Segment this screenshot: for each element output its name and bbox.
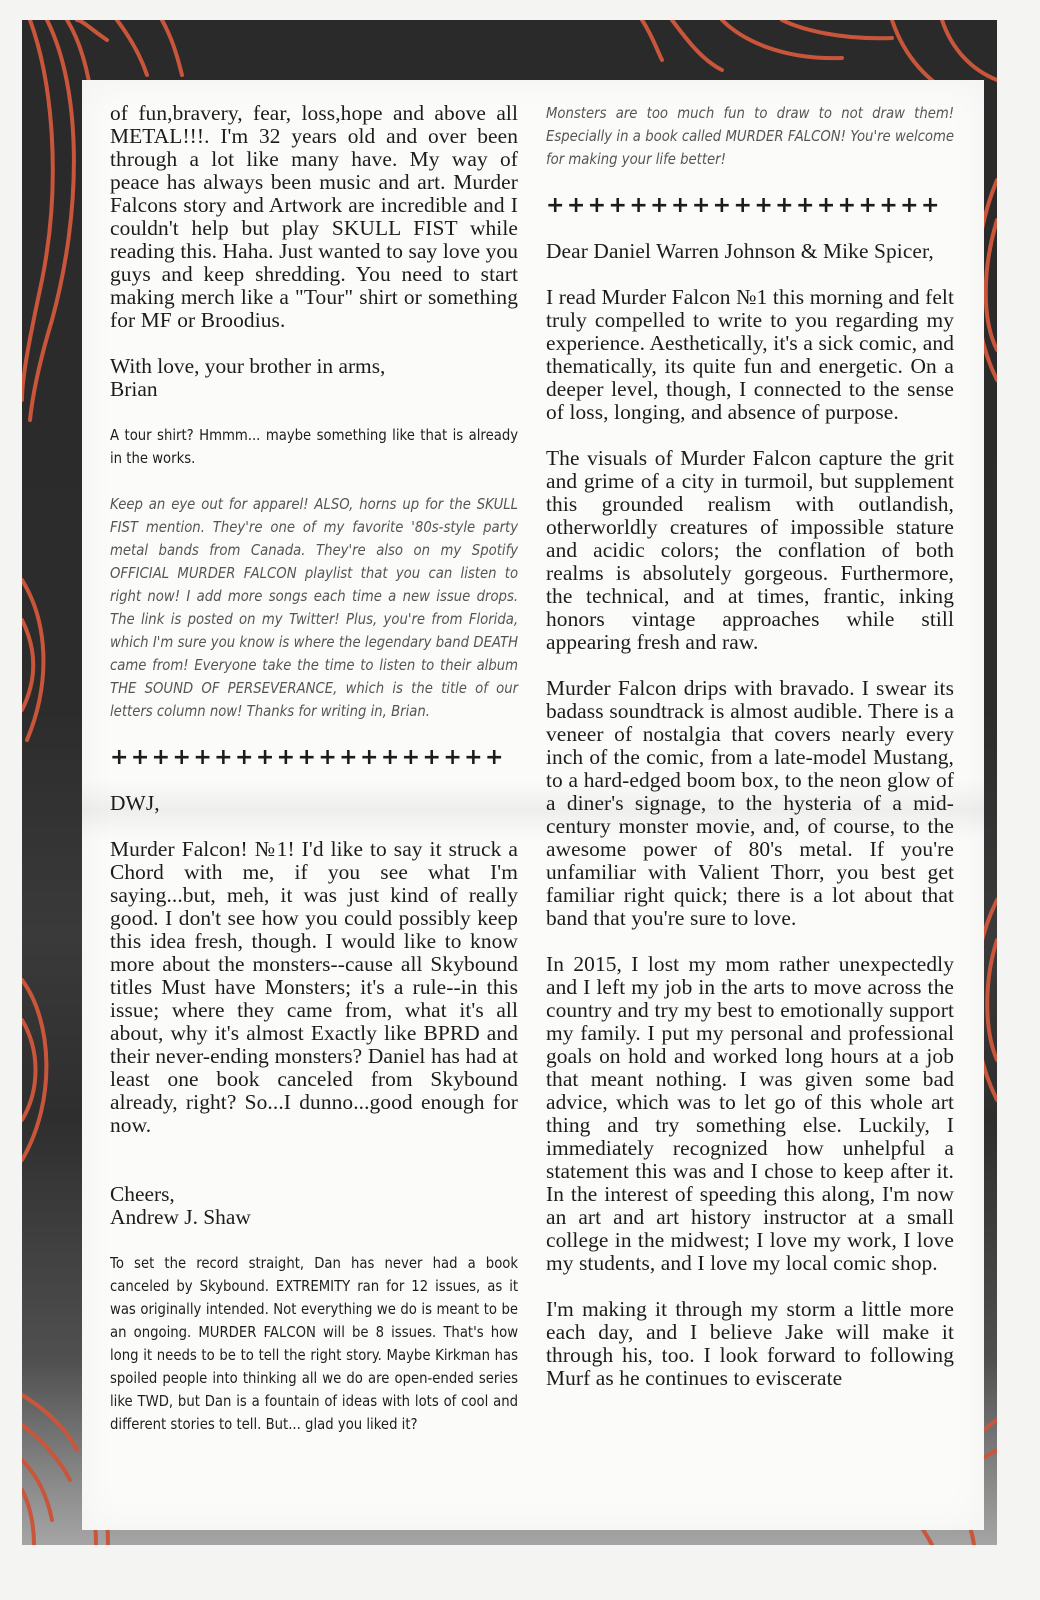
letter-1-signoff: With love, your brother in arms,	[110, 355, 518, 378]
letter-2-salutation: DWJ,	[110, 792, 518, 815]
right-column: Monsters are too much fun to draw to not…	[546, 102, 954, 1390]
letters-page: of fun,bravery, fear, loss,hope and abov…	[82, 80, 984, 1530]
editor-reply-2: To set the record straight, Dan has neve…	[110, 1252, 518, 1436]
section-divider: +++++++++++++++++++	[546, 194, 954, 217]
letter-1-body: of fun,bravery, fear, loss,hope and abov…	[110, 102, 518, 332]
editor-reply-1-italic: Keep an eye out for apparel! ALSO, horns…	[110, 493, 518, 723]
section-divider: +++++++++++++++++++	[110, 746, 518, 769]
letter-3-paragraph: I read Murder Falcon №1 this morning and…	[546, 286, 954, 424]
letter-2-signature: Cheers, Andrew J. Shaw	[110, 1183, 518, 1229]
letter-2-body: Murder Falcon! №1! I'd like to say it st…	[110, 838, 518, 1137]
letter-3-paragraph: Murder Falcon drips with bravado. I swea…	[546, 677, 954, 930]
left-column: of fun,bravery, fear, loss,hope and abov…	[110, 102, 518, 1459]
letter-2-author: Andrew J. Shaw	[110, 1206, 518, 1229]
letter-2-signoff: Cheers,	[110, 1183, 518, 1206]
editor-reply-1: A tour shirt? Hmmm... maybe something li…	[110, 424, 518, 470]
letter-3-paragraph: I'm making it through my storm a little …	[546, 1298, 954, 1390]
letter-1-author: Brian	[110, 378, 518, 401]
letter-3-paragraph: The visuals of Murder Falcon capture the…	[546, 447, 954, 654]
letter-3-salutation: Dear Daniel Warren Johnson & Mike Spicer…	[546, 240, 954, 263]
letter-3-paragraph: In 2015, I lost my mom rather unexpected…	[546, 953, 954, 1275]
letter-1-signature: With love, your brother in arms, Brian	[110, 355, 518, 401]
page-border-frame: of fun,bravery, fear, loss,hope and abov…	[22, 20, 997, 1545]
editor-reply-2-italic: Monsters are too much fun to draw to not…	[546, 102, 954, 171]
